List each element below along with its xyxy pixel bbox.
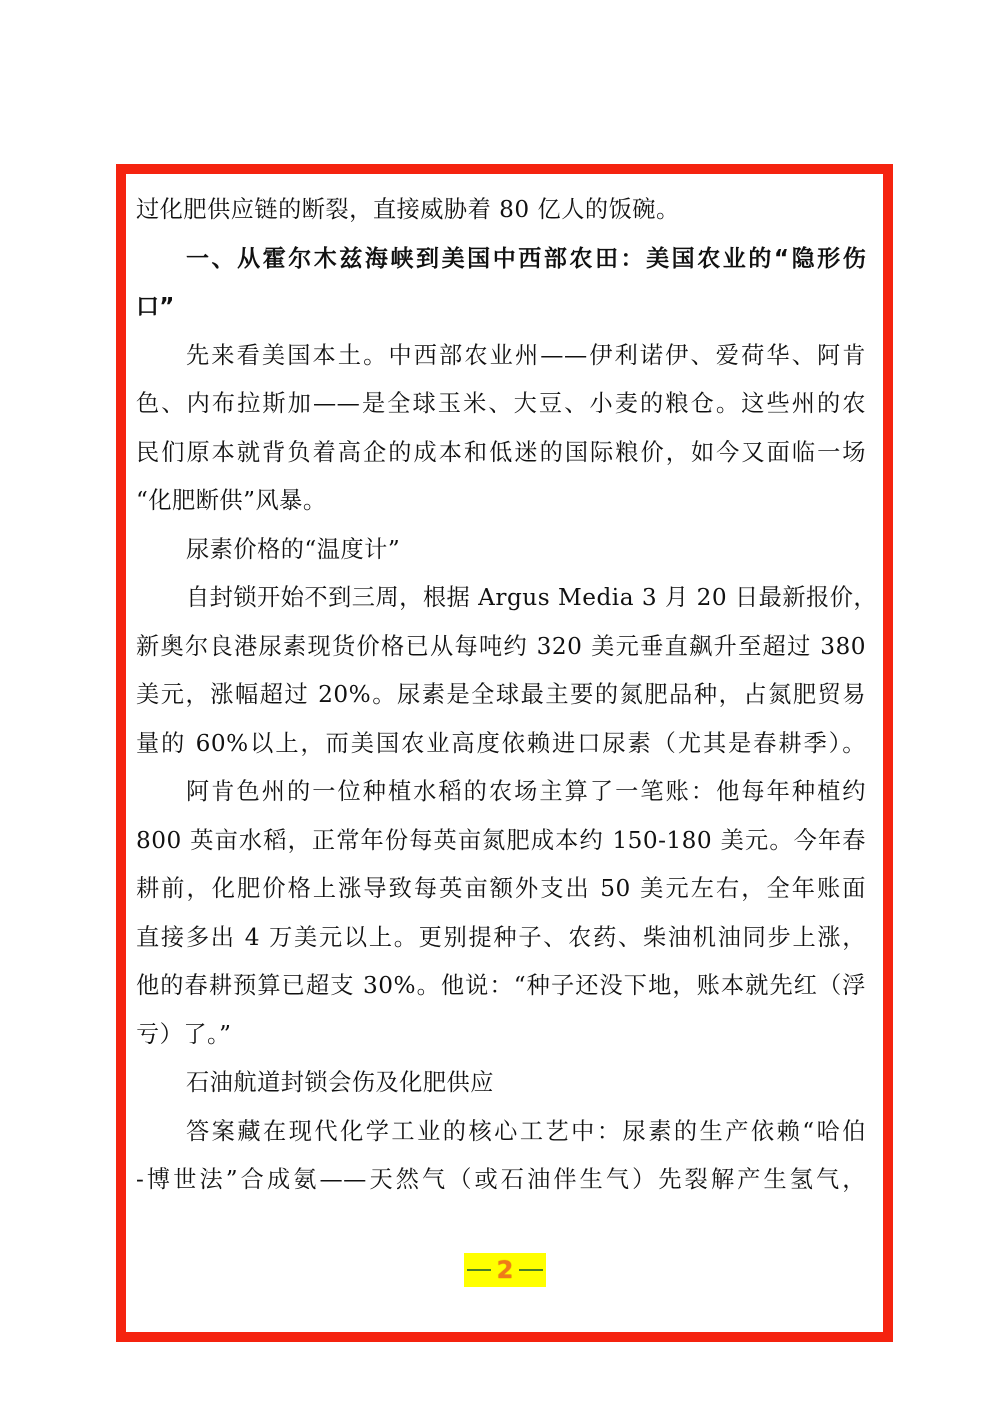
paragraph-line: 色、内布拉斯加——是全球玉米、大豆、小麦的粮仓。这些州的农	[136, 380, 866, 429]
paragraph-line: 800 英亩水稻，正常年份每英亩氮肥成本约 150-180 美元。今年春	[136, 817, 866, 866]
document-body: 过化肥供应链的断裂，直接威胁着 80 亿人的饭碗。一、从霍尔木兹海峡到美国中西部…	[136, 186, 866, 1205]
left-dash-decoration	[467, 1269, 491, 1271]
paragraph-line: 先来看美国本土。中西部农业州——伊利诺伊、爱荷华、阿肯	[136, 332, 866, 381]
subheading-line: 石油航道封锁会伤及化肥供应	[136, 1059, 866, 1108]
paragraph-line: 自封锁开始不到三周，根据 Argus Media 3 月 20 日最新报价，	[136, 574, 866, 623]
paragraph-line: 阿肯色州的一位种植水稻的农场主算了一笔账：他每年种植约	[136, 768, 866, 817]
paragraph-line: 直接多出 4 万美元以上。更别提种子、农药、柴油机油同步上涨，	[136, 914, 866, 963]
subheading-line: 尿素价格的“温度计”	[136, 526, 866, 575]
paragraph-line: 答案藏在现代化学工业的核心工艺中：尿素的生产依赖“哈伯	[136, 1108, 866, 1157]
paragraph-line: -博世法”合成氨——天然气（或石油伴生气）先裂解产生氢气，	[136, 1156, 866, 1205]
page-number-badge: 2	[464, 1253, 546, 1287]
page-number: 2	[497, 1256, 514, 1284]
section-heading-line: 一、从霍尔木兹海峡到美国中西部农田：美国农业的“隐形伤	[136, 235, 866, 284]
paragraph-line: 美元，涨幅超过 20%。尿素是全球最主要的氮肥品种，占氮肥贸易	[136, 671, 866, 720]
paragraph-line: 过化肥供应链的断裂，直接威胁着 80 亿人的饭碗。	[136, 186, 866, 235]
paragraph-line: 新奥尔良港尿素现货价格已从每吨约 320 美元垂直飙升至超过 380	[136, 623, 866, 672]
right-dash-decoration	[519, 1269, 543, 1271]
paragraph-line: 亏）了。”	[136, 1011, 866, 1060]
paragraph-line: 民们原本就背负着高企的成本和低迷的国际粮价，如今又面临一场	[136, 429, 866, 478]
paragraph-line: 耕前，化肥价格上涨导致每英亩额外支出 50 美元左右，全年账面	[136, 865, 866, 914]
paragraph-line: 他的春耕预算已超支 30%。他说：“种子还没下地，账本就先红（浮	[136, 962, 866, 1011]
section-heading-line: 口”	[136, 283, 866, 332]
paragraph-line: 量的 60%以上，而美国农业高度依赖进口尿素（尤其是春耕季）。	[136, 720, 866, 769]
paragraph-line: “化肥断供”风暴。	[136, 477, 866, 526]
